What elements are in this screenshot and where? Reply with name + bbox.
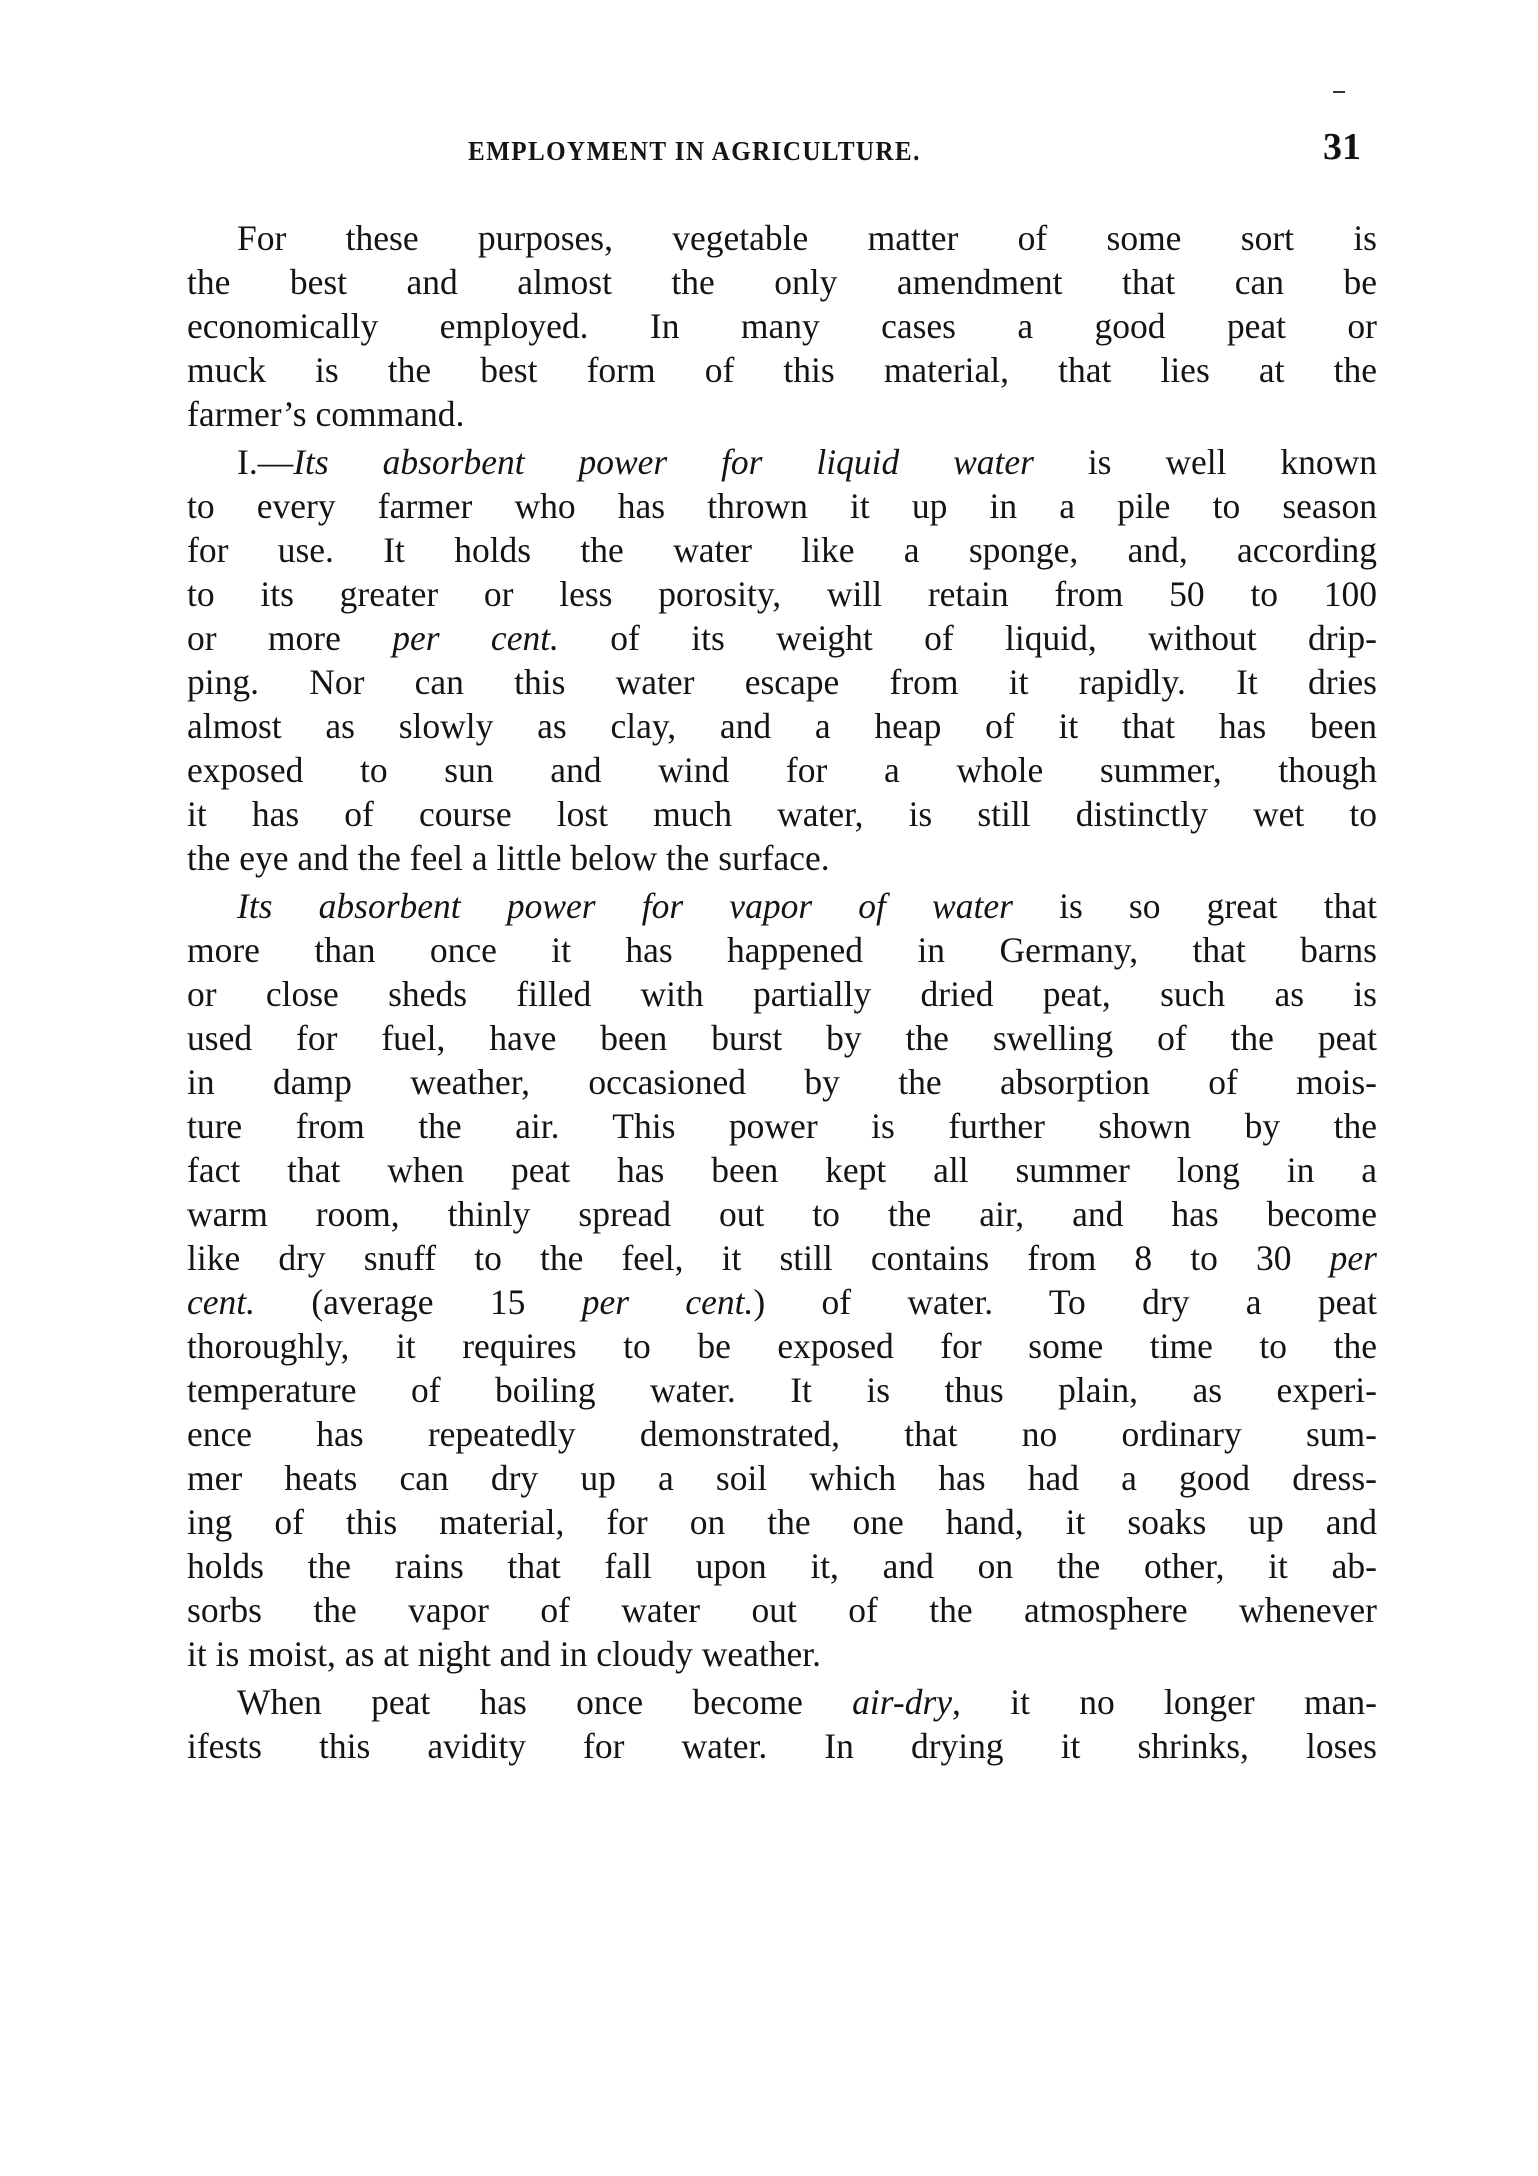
text-line: farmer’s command. <box>187 392 1377 436</box>
page-number: 31 <box>1323 127 1361 167</box>
text-line: the best and almost the only amendment t… <box>187 260 1377 304</box>
text-run: , it no longer man- <box>952 1682 1377 1722</box>
text-line: When peat has once become air-dry, it no… <box>187 1680 1377 1724</box>
text-line: For these purposes, vegetable matter of … <box>187 216 1377 260</box>
text-line: in damp weather, occasioned by the absor… <box>187 1060 1377 1104</box>
paragraph-1: For these purposes, vegetable matter of … <box>187 216 1377 436</box>
text-line: it is moist, as at night and in cloudy w… <box>187 1632 1377 1676</box>
text-run: ) of water. To dry a peat <box>753 1282 1377 1322</box>
text-line: mer heats can dry up a soil which has ha… <box>187 1456 1377 1500</box>
text-run: or more <box>187 618 392 658</box>
text-run: When peat has once become <box>237 1682 852 1722</box>
text-line: ifests this avidity for water. In drying… <box>187 1724 1377 1768</box>
italic-phrase: cent. <box>187 1282 255 1322</box>
running-title: EMPLOYMENT IN AGRICULTURE. <box>468 134 921 168</box>
body-text: For these purposes, vegetable matter of … <box>187 216 1377 1772</box>
text-line: warm room, thinly spread out to the air,… <box>187 1192 1377 1236</box>
text-run: is well known <box>1034 442 1377 482</box>
text-line: ing of this material, for on the one han… <box>187 1500 1377 1544</box>
text-line: it has of course lost much water, is sti… <box>187 792 1377 836</box>
text-line: exposed to sun and wind for a whole summ… <box>187 748 1377 792</box>
text-line: holds the rains that fall upon it, and o… <box>187 1544 1377 1588</box>
text-line: ping. Nor can this water escape from it … <box>187 660 1377 704</box>
text-line: I.—Its absorbent power for liquid water … <box>187 440 1377 484</box>
text-run: like dry snuff to the feel, it still con… <box>187 1238 1330 1278</box>
italic-phrase: Its absorbent power for vapor of water <box>237 886 1013 926</box>
text-line: to every farmer who has thrown it up in … <box>187 484 1377 528</box>
paragraph-4: When peat has once become air-dry, it no… <box>187 1680 1377 1768</box>
text-line: fact that when peat has been kept all su… <box>187 1148 1377 1192</box>
text-line: muck is the best form of this material, … <box>187 348 1377 392</box>
italic-phrase: per cent. <box>392 618 559 658</box>
section-numeral: I.— <box>237 442 293 482</box>
italic-phrase: Its absorbent power for liquid water <box>293 442 1034 482</box>
text-line: almost as slowly as clay, and a heap of … <box>187 704 1377 748</box>
text-line: used for fuel, have been burst by the sw… <box>187 1016 1377 1060</box>
italic-phrase: per cent. <box>582 1282 754 1322</box>
italic-phrase: per <box>1330 1238 1377 1278</box>
scan-mark <box>1333 91 1345 93</box>
text-line: or more per cent. of its weight of liqui… <box>187 616 1377 660</box>
paragraph-3: Its absorbent power for vapor of water i… <box>187 884 1377 1676</box>
text-run: (average 15 <box>255 1282 582 1322</box>
text-line: Its absorbent power for vapor of water i… <box>187 884 1377 928</box>
text-line: ence has repeatedly demonstrated, that n… <box>187 1412 1377 1456</box>
text-line: cent. (average 15 per cent.) of water. T… <box>187 1280 1377 1324</box>
text-line: like dry snuff to the feel, it still con… <box>187 1236 1377 1280</box>
text-line: more than once it has happened in German… <box>187 928 1377 972</box>
text-line: temperature of boiling water. It is thus… <box>187 1368 1377 1412</box>
text-line: economically employed. In many cases a g… <box>187 304 1377 348</box>
text-line: thoroughly, it requires to be exposed fo… <box>187 1324 1377 1368</box>
text-run: is so great that <box>1013 886 1377 926</box>
text-line: the eye and the feel a little below the … <box>187 836 1377 880</box>
paragraph-2: I.—Its absorbent power for liquid water … <box>187 440 1377 880</box>
text-run: of its weight of liquid, without drip- <box>559 618 1377 658</box>
text-line: or close sheds filled with partially dri… <box>187 972 1377 1016</box>
text-line: for use. It holds the water like a spong… <box>187 528 1377 572</box>
book-page: EMPLOYMENT IN AGRICULTURE. 31 For these … <box>0 0 1538 2176</box>
text-line: sorbs the vapor of water out of the atmo… <box>187 1588 1377 1632</box>
text-line: to its greater or less porosity, will re… <box>187 572 1377 616</box>
text-line: ture from the air. This power is further… <box>187 1104 1377 1148</box>
italic-phrase: air-dry <box>852 1682 952 1722</box>
